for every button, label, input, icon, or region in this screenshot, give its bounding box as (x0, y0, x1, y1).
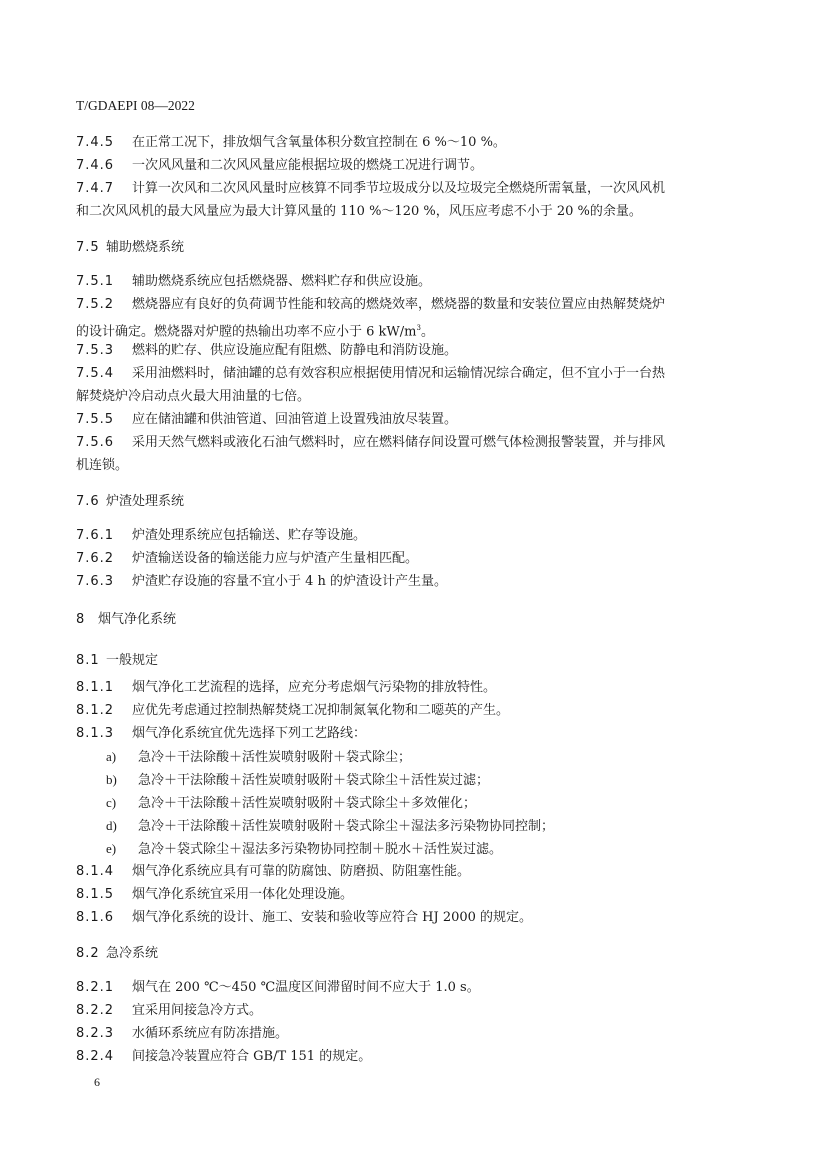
list-item-b: b)急冷＋干法除酸＋活性炭喷射吸附＋袋式除尘＋活性炭过滤； (106, 771, 489, 790)
list-text: 急冷＋干法除酸＋活性炭喷射吸附＋袋式除尘； (138, 750, 411, 765)
chapter-number: 8 (76, 611, 98, 629)
clause-8-1-6: 8.1.6烟气净化系统的设计、施工、安装和验收等应符合 HJ 2000 的规定。 (76, 909, 532, 927)
clause-text: 和二次风风机的最大风量应为最大计算风量的 110 %～120 %，风压应考虑不小… (76, 204, 642, 219)
page-number: 6 (94, 1075, 100, 1090)
clause-number: 8.1.2 (76, 702, 132, 720)
clause-continuation: 和二次风风机的最大风量应为最大计算风量的 110 %～120 %，风压应考虑不小… (76, 203, 642, 221)
clause-7-5-3: 7.5.3燃料的贮存、供应设施应配有阻燃、防静电和消防设施。 (76, 342, 457, 360)
clause-continuation: 的设计确定。燃烧器对炉膛的热输出功率不应小于 6 kW/m3。 (76, 319, 434, 341)
list-item-e: e)急冷＋袋式除尘＋湿法多污染物协同控制＋脱水＋活性炭过滤。 (106, 840, 502, 859)
clause-text: 间接急冷装置应符合 GB/T 151 的规定。 (132, 1049, 371, 1064)
clause-number: 7.4.5 (76, 134, 132, 152)
clause-text: 烟气净化工艺流程的选择，应充分考虑烟气污染物的排放特性。 (132, 680, 496, 695)
section-heading-8-2: 8.2急冷系统 (76, 945, 158, 963)
list-text: 急冷＋干法除酸＋活性炭喷射吸附＋袋式除尘＋湿法多污染物协同控制； (138, 819, 554, 834)
clause-text: 机连锁。 (76, 458, 128, 473)
clause-number: 7.5.6 (76, 434, 132, 452)
section-number: 7.6 (76, 493, 106, 511)
clause-text: 烟气净化系统应具有可靠的防腐蚀、防磨损、防阻塞性能。 (132, 864, 470, 879)
clause-7-6-1: 7.6.1炉渣处理系统应包括输送、贮存等设施。 (76, 527, 366, 545)
section-heading-7-5: 7.5辅助燃烧系统 (76, 239, 184, 257)
section-title: 辅助燃烧系统 (106, 240, 184, 255)
list-item-d: d)急冷＋干法除酸＋活性炭喷射吸附＋袋式除尘＋湿法多污染物协同控制； (106, 817, 554, 836)
clause-7-5-4: 7.5.4采用油燃料时，储油罐的总有效容积应根据使用情况和运输情况综合确定，但不… (76, 365, 665, 383)
clause-number: 7.5.2 (76, 296, 132, 314)
clause-number: 8.2.2 (76, 1002, 132, 1020)
clause-text: 炉渣输送设备的输送能力应与炉渣产生量相匹配。 (132, 551, 418, 566)
clause-7-4-5: 7.4.5在正常工况下，排放烟气含氧量体积分数宜控制在 6 %～10 %。 (76, 134, 506, 152)
clause-8-2-4: 8.2.4间接急冷装置应符合 GB/T 151 的规定。 (76, 1048, 371, 1066)
clause-8-2-2: 8.2.2宜采用间接急冷方式。 (76, 1002, 262, 1020)
clause-text: 在正常工况下，排放烟气含氧量体积分数宜控制在 6 %～10 %。 (132, 135, 506, 150)
clause-text: 应优先考虑通过控制热解焚烧工况抑制氮氧化物和二噁英的产生。 (132, 703, 509, 718)
clause-8-1-3: 8.1.3烟气净化系统宜优先选择下列工艺路线： (76, 725, 366, 743)
list-label: c) (106, 794, 138, 812)
clause-number: 8.1.3 (76, 725, 132, 743)
clause-number: 7.5.1 (76, 273, 132, 291)
clause-8-1-4: 8.1.4烟气净化系统应具有可靠的防腐蚀、防磨损、防阻塞性能。 (76, 863, 470, 881)
section-heading-7-6: 7.6炉渣处理系统 (76, 493, 184, 511)
clause-8-1-5: 8.1.5烟气净化系统宜采用一体化处理设施。 (76, 886, 353, 904)
list-label: b) (106, 771, 138, 789)
clause-7-5-1: 7.5.1辅助燃烧系统应包括燃烧器、燃料贮存和供应设施。 (76, 273, 431, 291)
list-item-c: c)急冷＋干法除酸＋活性炭喷射吸附＋袋式除尘＋多效催化； (106, 794, 476, 813)
clause-7-5-2: 7.5.2燃烧器应有良好的负荷调节性能和较高的燃烧效率，燃烧器的数量和安装位置应… (76, 296, 665, 314)
section-title: 一般规定 (106, 653, 158, 668)
clause-number: 8.1.5 (76, 886, 132, 904)
list-item-a: a)急冷＋干法除酸＋活性炭喷射吸附＋袋式除尘； (106, 748, 411, 767)
list-label: a) (106, 748, 138, 766)
clause-number: 8.2.1 (76, 979, 132, 997)
list-text: 急冷＋干法除酸＋活性炭喷射吸附＋袋式除尘＋多效催化； (138, 796, 476, 811)
clause-8-1-2: 8.1.2应优先考虑通过控制热解焚烧工况抑制氮氧化物和二噁英的产生。 (76, 702, 509, 720)
clause-text: 辅助燃烧系统应包括燃烧器、燃料贮存和供应设施。 (132, 274, 431, 289)
clause-number: 8.2.4 (76, 1048, 132, 1066)
clause-number: 7.5.3 (76, 342, 132, 360)
document-page: T/GDAEPI 08—2022 7.4.5在正常工况下，排放烟气含氧量体积分数… (0, 0, 826, 1169)
list-label: d) (106, 817, 138, 835)
clause-text: 烟气净化系统的设计、施工、安装和验收等应符合 HJ 2000 的规定。 (132, 910, 532, 925)
clause-8-2-3: 8.2.3水循环系统应有防冻措施。 (76, 1025, 288, 1043)
clause-text: 燃料的贮存、供应设施应配有阻燃、防静电和消防设施。 (132, 343, 457, 358)
section-number: 7.5 (76, 239, 106, 257)
section-title: 炉渣处理系统 (106, 494, 184, 509)
chapter-title: 烟气净化系统 (98, 612, 176, 627)
document-code: T/GDAEPI 08—2022 (76, 98, 195, 114)
clause-text: 一次风风量和二次风风量应能根据垃圾的燃烧工况进行调节。 (132, 158, 483, 173)
clause-8-2-1: 8.2.1烟气在 200 ℃～450 ℃温度区间滞留时间不应大于 1.0 s。 (76, 979, 480, 997)
clause-text: 解焚烧炉冷启动点火最大用油量的七倍。 (76, 389, 310, 404)
clause-number: 7.6.3 (76, 573, 132, 591)
clause-text: 烟气在 200 ℃～450 ℃温度区间滞留时间不应大于 1.0 s。 (132, 980, 480, 995)
clause-continuation: 机连锁。 (76, 457, 128, 475)
clause-text: 采用油燃料时，储油罐的总有效容积应根据使用情况和运输情况综合确定，但不宜小于一台… (132, 366, 665, 381)
clause-number: 7.6.1 (76, 527, 132, 545)
section-number: 8.1 (76, 652, 106, 670)
list-label: e) (106, 840, 138, 858)
clause-text-tail: 。 (421, 324, 434, 339)
section-number: 8.2 (76, 945, 106, 963)
clause-7-6-2: 7.6.2炉渣输送设备的输送能力应与炉渣产生量相匹配。 (76, 550, 418, 568)
clause-text: 应在储油罐和供油管道、回油管道上设置残油放尽装置。 (132, 412, 457, 427)
clause-text: 水循环系统应有防冻措施。 (132, 1026, 288, 1041)
clause-text: 炉渣处理系统应包括输送、贮存等设施。 (132, 528, 366, 543)
clause-continuation: 解焚烧炉冷启动点火最大用油量的七倍。 (76, 388, 310, 406)
clause-number: 8.1.4 (76, 863, 132, 881)
clause-text: 炉渣贮存设施的容量不宜小于 4 h 的炉渣设计产生量。 (132, 574, 447, 589)
list-text: 急冷＋干法除酸＋活性炭喷射吸附＋袋式除尘＋活性炭过滤； (138, 773, 489, 788)
clause-number: 8.1.1 (76, 679, 132, 697)
chapter-heading-8: 8烟气净化系统 (76, 611, 176, 629)
clause-text: 烟气净化系统宜优先选择下列工艺路线： (132, 726, 366, 741)
clause-7-5-5: 7.5.5应在储油罐和供油管道、回油管道上设置残油放尽装置。 (76, 411, 457, 429)
clause-number: 7.4.6 (76, 157, 132, 175)
clause-8-1-1: 8.1.1烟气净化工艺流程的选择，应充分考虑烟气污染物的排放特性。 (76, 679, 496, 697)
clause-number: 8.1.6 (76, 909, 132, 927)
clause-text: 燃烧器应有良好的负荷调节性能和较高的燃烧效率，燃烧器的数量和安装位置应由热解焚烧… (132, 297, 665, 312)
clause-7-6-3: 7.6.3炉渣贮存设施的容量不宜小于 4 h 的炉渣设计产生量。 (76, 573, 447, 591)
clause-number: 7.6.2 (76, 550, 132, 568)
section-title: 急冷系统 (106, 946, 158, 961)
section-heading-8-1: 8.1一般规定 (76, 652, 158, 670)
clause-7-4-7: 7.4.7计算一次风和二次风风量时应核算不同季节垃圾成分以及垃圾完全燃烧所需氧量… (76, 180, 665, 198)
clause-text: 的设计确定。燃烧器对炉膛的热输出功率不应小于 6 kW/m (76, 324, 416, 339)
clause-number: 7.5.4 (76, 365, 132, 383)
clause-number: 7.5.5 (76, 411, 132, 429)
clause-text: 计算一次风和二次风风量时应核算不同季节垃圾成分以及垃圾完全燃烧所需氧量，一次风风… (132, 181, 665, 196)
list-text: 急冷＋袋式除尘＋湿法多污染物协同控制＋脱水＋活性炭过滤。 (138, 842, 502, 857)
clause-text: 烟气净化系统宜采用一体化处理设施。 (132, 887, 353, 902)
clause-text: 宜采用间接急冷方式。 (132, 1003, 262, 1018)
clause-7-4-6: 7.4.6一次风风量和二次风风量应能根据垃圾的燃烧工况进行调节。 (76, 157, 483, 175)
clause-7-5-6: 7.5.6采用天然气燃料或液化石油气燃料时，应在燃料储存间设置可燃气体检测报警装… (76, 434, 665, 452)
clause-number: 7.4.7 (76, 180, 132, 198)
clause-text: 采用天然气燃料或液化石油气燃料时，应在燃料储存间设置可燃气体检测报警装置，并与排… (132, 435, 665, 450)
clause-number: 8.2.3 (76, 1025, 132, 1043)
